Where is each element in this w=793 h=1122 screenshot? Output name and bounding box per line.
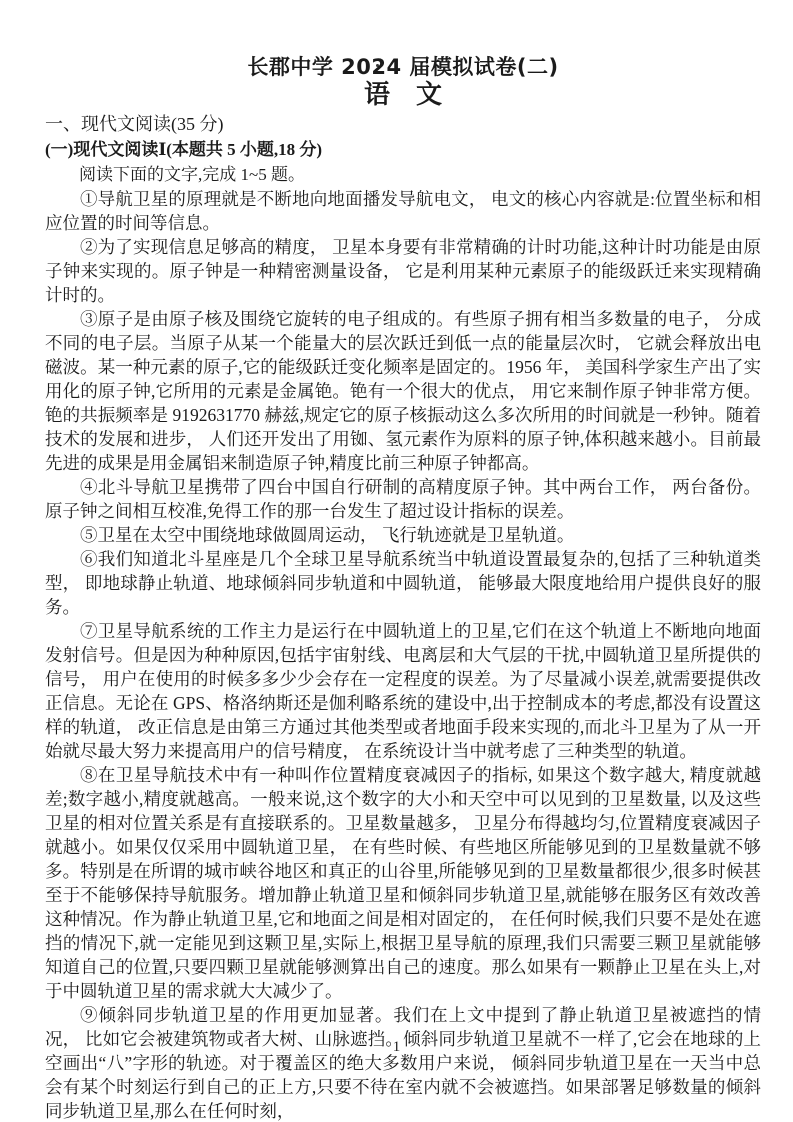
reading-instruction: 阅读下面的文字,完成 1~5 题。 (45, 162, 761, 187)
exam-title: 长郡中学 2024 届模拟试卷(二) (45, 54, 761, 80)
exam-subject-title: 语 文 (45, 80, 761, 110)
passage-paragraph-6: ⑥我们知道北斗星座是几个全球卫星导航系统当中轨道设置最复杂的,包括了三种轨道类型… (45, 547, 761, 619)
reading-passage: ①导航卫星的原理就是不断地向地面播发导航电文， 电文的核心内容就是:位置坐标和相… (45, 187, 761, 1122)
passage-paragraph-4: ④北斗导航卫星携带了四台中国自行研制的高精度原子钟。其中两台工作， 两台备份。原… (45, 475, 761, 523)
passage-paragraph-8: ⑧在卫星导航技术中有一种叫作位置精度衰减因子的指标, 如果这个数字越大, 精度就… (45, 763, 761, 1003)
page-content: 长郡中学 2024 届模拟试卷(二) 语 文 一、现代文阅读(35 分) (一)… (45, 54, 761, 1122)
passage-paragraph-1: ①导航卫星的原理就是不断地向地面播发导航电文， 电文的核心内容就是:位置坐标和相… (45, 187, 761, 235)
passage-paragraph-9: ⑨倾斜同步轨道卫星的作用更加显著。我们在上文中提到了静止轨道卫星被遮挡的情况， … (45, 1003, 761, 1122)
section-heading: 一、现代文阅读(35 分) (45, 112, 761, 137)
passage-paragraph-5: ⑤卫星在太空中围绕地球做圆周运动， 飞行轨迹就是卫星轨道。 (45, 523, 761, 547)
subsection-heading: (一)现代文阅读Ⅰ(本题共 5 小题,18 分) (45, 137, 761, 162)
passage-paragraph-3: ③原子是由原子核及围绕它旋转的电子组成的。有些原子拥有相当多数量的电子， 分成不… (45, 307, 761, 475)
passage-paragraph-7: ⑦卫星导航系统的工作主力是运行在中圆轨道上的卫星,它们在这个轨道上不断地向地面发… (45, 619, 761, 763)
page-number: 1 (0, 1038, 793, 1056)
passage-paragraph-2: ②为了实现信息足够高的精度， 卫星本身要有非常精确的计时功能,这种计时功能是由原… (45, 235, 761, 307)
exam-paper-page: 长郡中学 2024 届模拟试卷(二) 语 文 一、现代文阅读(35 分) (一)… (0, 0, 793, 1122)
